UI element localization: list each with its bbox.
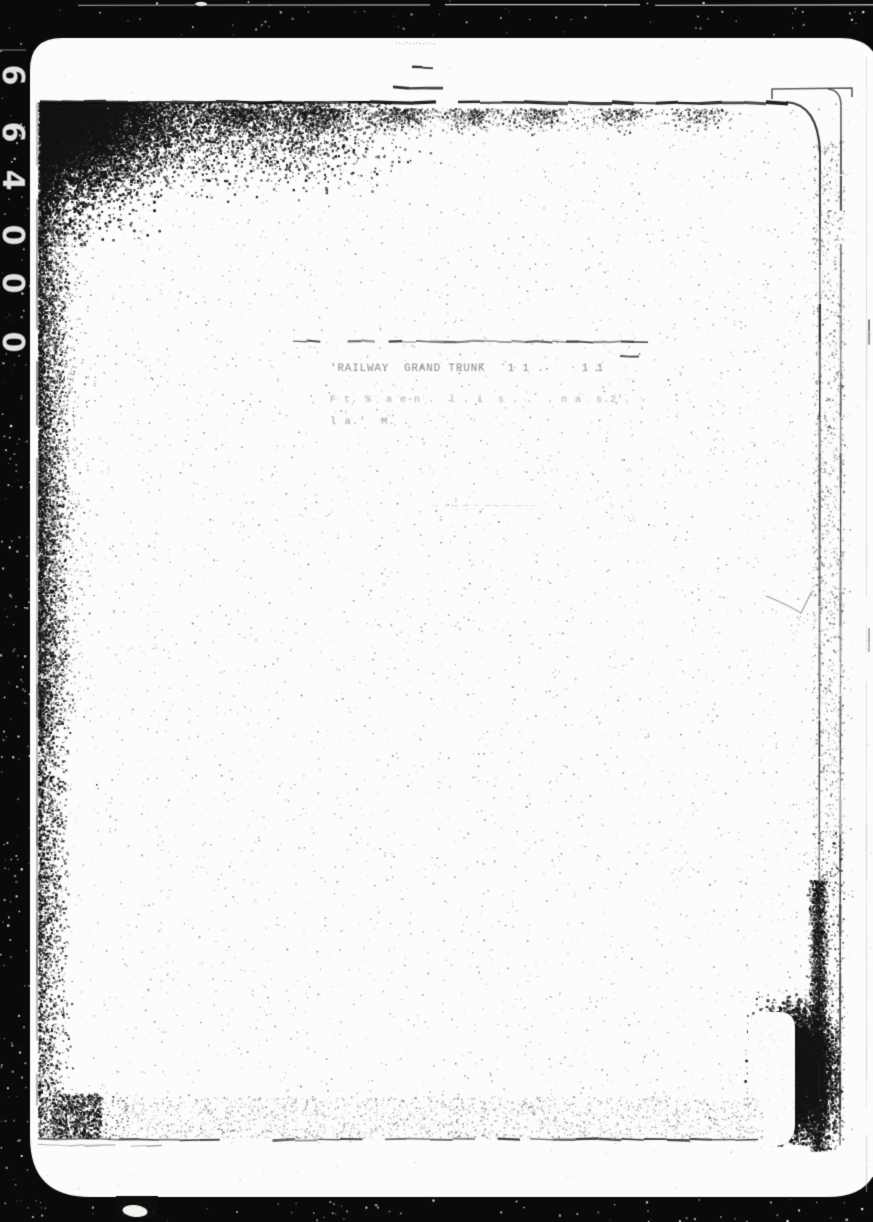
film-edge-frame-number: 6 6 4 0 0 0 <box>0 0 30 400</box>
scan-noise-canvas <box>0 0 873 1222</box>
film-edge-digit: 6 <box>0 56 35 94</box>
microfilm-frame: 6 6 4 0 0 0 'RAILWAY GRAND TRUNK 1 1 . 1… <box>0 0 873 1222</box>
film-edge-digit: 0 <box>0 264 35 302</box>
film-edge-digit: 4 <box>0 161 35 199</box>
typed-line-2: F t. % a e-n . l . i s . . . n a s.2'. <box>330 395 631 406</box>
film-edge-digit: 0 <box>0 216 35 254</box>
typed-line-1: 'RAILWAY GRAND TRUNK 1 1 . 1 1 <box>330 363 604 375</box>
film-edge-digit: 6 <box>0 113 35 151</box>
typed-line-3: l a.' M. . <box>330 416 410 428</box>
film-edge-digit: 0 <box>0 323 35 361</box>
